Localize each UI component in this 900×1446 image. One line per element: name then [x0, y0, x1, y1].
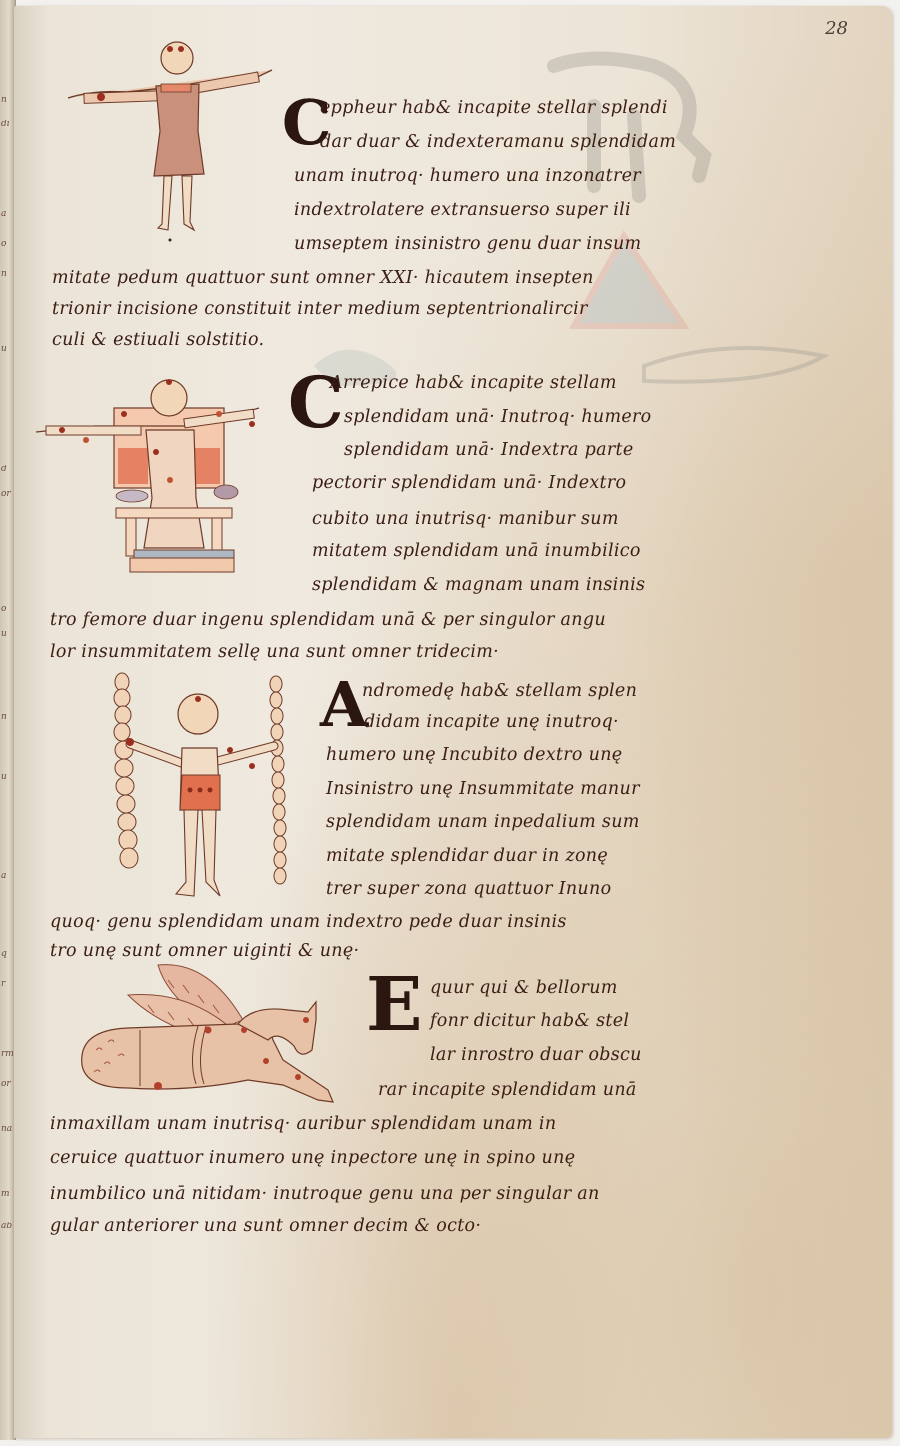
- text-line: umseptem insinistro genu duar insum: [294, 234, 641, 254]
- margin-fragment: m: [1, 1190, 15, 1199]
- margin-fragment: n: [1, 270, 15, 279]
- text-line: ndromedę hab& stellam splen: [362, 681, 637, 701]
- text-line: tro femore duar ingenu splendidam unā & …: [50, 610, 606, 630]
- text-line: gular anteriorer una sunt omner decim & …: [50, 1216, 481, 1236]
- text-line: trionir incisione constituit inter mediu…: [52, 299, 588, 319]
- margin-fragment: d: [1, 465, 15, 474]
- folio-number: 28: [825, 18, 848, 39]
- text-line: rar incapite splendidam unā: [378, 1080, 637, 1100]
- text-line: pectorir splendidam unā· Indextro: [312, 473, 626, 493]
- text-line: unam inutroq· humero una inzonatrer: [294, 166, 641, 186]
- margin-fragment: ab: [1, 1222, 15, 1231]
- margin-fragment: n: [1, 96, 15, 105]
- margin-fragment: o: [1, 240, 15, 249]
- text-line: mitatem splendidam unā inumbilico: [312, 541, 641, 561]
- text-line: splendidam unam inpedalium sum: [326, 812, 640, 832]
- margin-fragment: u: [1, 345, 15, 354]
- cassiopeia-figure: [34, 368, 284, 578]
- text-line: quoq· genu splendidam unam indextro pede…: [50, 912, 567, 932]
- text-line: lar inrostro duar obscu: [430, 1045, 642, 1065]
- text-line: ceruice quattuor inumero unę inpectore u…: [50, 1148, 575, 1168]
- margin-fragment: or: [1, 1080, 15, 1089]
- text-line: inmaxillam unam inutrisq· auribur splend…: [50, 1114, 556, 1134]
- margin-fragment: na: [1, 1125, 15, 1134]
- margin-fragment: or: [1, 490, 15, 499]
- text-line: cubito una inutrisq· manibur sum: [312, 509, 619, 529]
- text-line: eppheur hab& incapite stellar splendi: [320, 98, 668, 118]
- margin-fragment: u: [1, 630, 15, 639]
- text-line: splendidam & magnam unam insinis: [312, 575, 645, 595]
- cepheus-figure: [64, 36, 284, 246]
- text-line: mitate splendidar duar in zonę: [326, 846, 608, 866]
- text-line: culi & estiuali solstitio.: [52, 330, 264, 350]
- text-line: humero unę Incubito dextro unę: [326, 745, 622, 765]
- text-line: didam incapite unę inutroq·: [364, 712, 619, 732]
- initial-letter-a: A: [320, 674, 368, 736]
- text-line: dar duar & indexteramanu splendidam: [320, 132, 676, 152]
- text-line: trer super zona quattuor Inuno: [326, 879, 611, 899]
- text-line: lor insummitatem sellę una sunt omner tr…: [50, 642, 499, 662]
- text-line: Insinistro unę Insummitate manur: [326, 779, 640, 799]
- margin-fragment: q: [1, 950, 15, 959]
- text-line: mitate pedum quattuor sunt omner XXI· hi…: [52, 268, 594, 288]
- manuscript-page: 28 C eppheur hab& incapite stellar splen…: [14, 6, 892, 1438]
- text-line: quur qui & bellorum: [430, 978, 618, 998]
- text-line: splendidam unā· Inutroq· humero: [344, 407, 652, 427]
- text-line: tro unę sunt omner uiginti & unę·: [50, 941, 359, 961]
- text-line: indextrolatere extransuerso super ili: [294, 200, 631, 220]
- margin-fragment: di: [1, 120, 15, 129]
- andromeda-figure: [102, 670, 292, 910]
- margin-fragment: rm: [1, 1050, 15, 1059]
- text-line: inumbilico unā nitidam· inutroque genu u…: [50, 1184, 600, 1204]
- pegasus-figure: [68, 960, 358, 1120]
- margin-fragment: a: [1, 210, 15, 219]
- initial-letter-e: E: [366, 968, 422, 1042]
- margin-fragment: o: [1, 605, 15, 614]
- margin-fragment: u: [1, 773, 15, 782]
- text-line: fonr dicitur hab& stel: [430, 1011, 629, 1031]
- margin-fragment: r: [1, 980, 15, 989]
- text-line: splendidam unā· Indextra parte: [344, 440, 634, 460]
- text-line: Arrepice hab& incapite stellam: [330, 373, 617, 393]
- margin-fragment: a: [1, 872, 15, 881]
- margin-fragment: n: [1, 713, 15, 722]
